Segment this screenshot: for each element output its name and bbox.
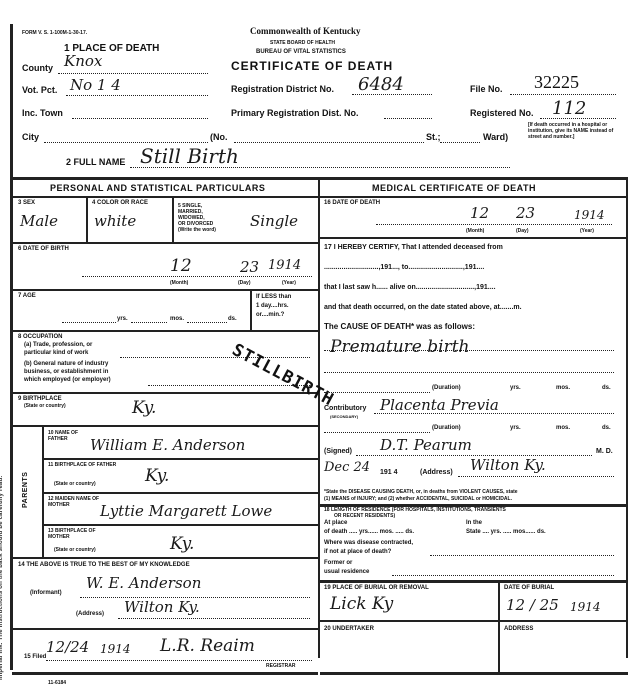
filed-label: 15 Filed xyxy=(24,654,46,660)
parents-label: PARENTS xyxy=(22,472,29,508)
county-label: County xyxy=(22,63,53,73)
duration-label-2: (Duration) xyxy=(432,425,461,431)
burial-value: Lick Ky xyxy=(330,594,393,614)
less-than-line: If LESS than xyxy=(256,293,291,302)
where-contracted: Where was disease contracted, xyxy=(324,540,413,546)
filed-date: 12/24 xyxy=(46,638,89,656)
rule xyxy=(12,425,318,427)
in-the-label: In the xyxy=(466,520,482,526)
informant-address-label: (Address) xyxy=(76,611,104,617)
certify-line-3: that I last saw h...... alive on........… xyxy=(324,284,496,291)
file-no-line xyxy=(510,94,616,95)
true-statement: 14 THE ABOVE IS TRUE TO THE BEST OF MY K… xyxy=(18,562,190,568)
date-burial-label: DATE OF BURIAL xyxy=(504,585,554,591)
race-label: 4 COLOR OR RACE xyxy=(92,200,148,206)
st-label: St.; xyxy=(426,132,441,142)
age-ds-label: ds. xyxy=(228,316,237,322)
header-rule xyxy=(12,177,628,180)
form-code: FORM V. S. 1-100M-1-30-17. xyxy=(22,30,87,36)
duration-mos: mos. xyxy=(556,385,570,391)
duration-line-2 xyxy=(324,432,430,433)
informant-value: W. E. Anderson xyxy=(86,574,201,592)
marital-label-line: (Write the word) xyxy=(178,227,216,233)
informant-label: (Informant) xyxy=(30,590,62,596)
rule xyxy=(43,492,318,494)
burial-label: 19 PLACE OF BURIAL OR REMOVAL xyxy=(324,585,429,591)
occupation-b: (b) General nature of industry xyxy=(24,361,108,367)
rule xyxy=(12,392,318,394)
footnote-2: (1) MEANS of INJURY; and (2) whether ACC… xyxy=(324,496,512,502)
birthplace-sub: (State or country) xyxy=(24,403,66,409)
at-place-label: At place xyxy=(324,520,347,526)
occupation-a2: particular kind of work xyxy=(24,350,88,356)
rule xyxy=(12,289,318,291)
duration-yrs: yrs. xyxy=(510,385,521,391)
signed-date: Dec 24 xyxy=(324,460,370,475)
day-caption: (Day) xyxy=(238,280,251,286)
bureau-title: BUREAU OF VITAL STATISTICS xyxy=(256,49,346,55)
father-birthplace-label: 11 BIRTHPLACE OF FATHER xyxy=(48,462,118,468)
rule xyxy=(12,557,318,559)
certify-line-2: ............................,191..., to.… xyxy=(324,264,484,271)
usual-residence-label: usual residence xyxy=(324,569,369,575)
less-than-line: or....min.? xyxy=(256,311,291,320)
city-label: City xyxy=(22,132,39,142)
age-mos-label: mos. xyxy=(170,316,184,322)
age-yrs-label: yrs. xyxy=(117,316,128,322)
center-divider xyxy=(318,178,320,658)
city-line xyxy=(44,142,208,143)
rule xyxy=(43,458,318,460)
certify-line-4: and that death occurred, on the date sta… xyxy=(324,304,522,311)
registrar-signature: L.R. Reaim xyxy=(160,636,255,656)
residence-label-2: OR RECENT RESIDENTS) xyxy=(334,513,395,519)
duration-ds: ds. xyxy=(602,385,611,391)
sex-value: Male xyxy=(20,212,58,230)
less-than-day: If LESS than 1 day....hrs. or....min.? xyxy=(256,293,291,320)
duration-line xyxy=(324,392,430,393)
occupation-a: (a) Trade, profession, or xyxy=(24,342,92,348)
footnote-1: *State the DISEASE CAUSING DEATH, or, in… xyxy=(324,489,518,495)
full-name-label: 2 FULL NAME xyxy=(66,157,125,167)
vot-pct-value: No 1 4 xyxy=(70,76,121,94)
birthplace-value: Ky. xyxy=(132,398,156,418)
date-burial-value: 12 / 25 xyxy=(506,596,559,614)
mother-birthplace-label: 13 BIRTHPLACE OF MOTHER xyxy=(48,528,118,540)
dod-line xyxy=(376,224,612,225)
rule xyxy=(320,196,628,198)
registration-district-label: Registration District No. xyxy=(231,84,334,94)
rule xyxy=(320,672,628,675)
signed-value: D.T. Pearum xyxy=(380,436,472,454)
marital-label: 5 SINGLE, MARRIED, WIDOWED, OR DIVORCED … xyxy=(178,203,216,233)
informant-address-line xyxy=(118,618,310,619)
inc-town-line xyxy=(72,118,208,119)
contributory-value: Placenta Previa xyxy=(380,396,499,414)
rule xyxy=(12,628,318,630)
md-label: M. D. xyxy=(596,448,613,455)
duration-yrs-2: yrs. xyxy=(510,425,521,431)
ward-line xyxy=(440,142,480,143)
duration-label: (Duration) xyxy=(432,385,461,391)
registered-no-label: Registered No. xyxy=(470,108,534,118)
street-line xyxy=(234,142,424,143)
filed-line xyxy=(46,660,312,661)
primary-registration-line xyxy=(384,118,432,119)
county-value: Knox xyxy=(64,52,102,70)
undertaker-label: 20 UNDERTAKER xyxy=(324,626,374,632)
dod-year-caption: (Year) xyxy=(580,228,594,234)
race-value: white xyxy=(94,212,136,230)
signed-year: 191 4 xyxy=(380,469,398,476)
cause-value: Premature birth xyxy=(330,337,469,357)
county-line xyxy=(58,73,208,74)
dob-day: 23 xyxy=(240,258,259,276)
age-yrs-line xyxy=(62,322,116,323)
personal-section-title: PERSONAL AND STATISTICAL PARTICULARS xyxy=(50,183,265,193)
bottom-form-code: 11-6184 xyxy=(48,680,66,686)
mother-birthplace-sub: (State or country) xyxy=(54,547,96,553)
contributory-label: Contributory xyxy=(324,405,366,412)
date-burial-year: 1914 xyxy=(570,600,601,614)
sig-address-line xyxy=(458,476,614,477)
if-not-place: if not at place of death? xyxy=(324,549,391,555)
of-death-line: of death ..... yrs...... mos. ..... ds. xyxy=(324,529,414,535)
sex-label: 3 SEX xyxy=(18,200,35,206)
dod-label: 16 DATE OF DEATH xyxy=(324,200,380,206)
inc-town-label: Inc. Town xyxy=(22,108,63,118)
registered-no-value: 112 xyxy=(552,98,586,119)
signed-label: (Signed) xyxy=(324,448,352,455)
marital-value: Single xyxy=(250,212,298,230)
cause-label: The CAUSE OF DEATH* was as follows: xyxy=(324,322,475,331)
medical-section-title: MEDICAL CERTIFICATE OF DEATH xyxy=(372,183,536,193)
rule xyxy=(320,580,628,583)
rule xyxy=(12,196,318,198)
rule xyxy=(86,197,88,242)
state-line: State .... yrs. ..... mos...... ds. xyxy=(466,529,546,535)
dod-day: 23 xyxy=(516,204,535,222)
primary-registration-label: Primary Registration Dist. No. xyxy=(231,108,359,118)
rule xyxy=(320,237,628,239)
side-margin-text: Imperial Ink. The instructions on the ba… xyxy=(0,360,12,680)
less-than-line: 1 day....hrs. xyxy=(256,302,291,311)
rule xyxy=(498,582,500,672)
rule xyxy=(250,290,252,330)
occupation-b3: which employed (or employer) xyxy=(24,377,111,383)
birthplace-label: 9 BIRTHPLACE xyxy=(18,396,62,402)
hospital-note: [If death occurred in a hospital or inst… xyxy=(528,122,620,140)
occupation-b2: business, or establishment in xyxy=(24,369,108,375)
month-caption: (Month) xyxy=(170,280,188,286)
contracted-line xyxy=(430,555,614,556)
informant-address-value: Wilton Ky. xyxy=(124,598,200,616)
file-no-value: 32225 xyxy=(534,72,579,93)
occupation-a-line xyxy=(120,357,310,358)
full-name-value: Still Birth xyxy=(140,144,239,168)
ward-label: Ward) xyxy=(483,132,508,142)
father-birthplace-value: Ky. xyxy=(145,466,169,486)
occupation-label: 8 OCCUPATION xyxy=(18,334,62,340)
dob-line xyxy=(82,276,312,277)
vot-pct-label: Vot. Pct. xyxy=(22,85,57,95)
rule xyxy=(320,620,628,622)
registration-district-value: 6484 xyxy=(358,74,404,95)
mother-maiden-value: Lyttie Margarett Lowe xyxy=(100,502,272,520)
certify-line-1: 17 I HEREBY CERTIFY, That I attended dec… xyxy=(324,244,503,251)
year-caption: (Year) xyxy=(282,280,296,286)
usual-residence-line xyxy=(392,575,614,576)
dod-month: 12 xyxy=(470,204,489,222)
age-ds-line xyxy=(187,322,227,323)
dod-day-caption: (Day) xyxy=(516,228,529,234)
stillbirth-stamp: STILLBIRTH xyxy=(229,340,338,410)
rule xyxy=(43,524,318,526)
contributory-sub: (SECONDARY) xyxy=(330,414,358,419)
father-birthplace-sub: (State or country) xyxy=(54,481,96,487)
file-no-label: File No. xyxy=(470,84,503,94)
dod-year: 1914 xyxy=(574,208,605,222)
rule xyxy=(12,672,318,675)
vot-pct-line xyxy=(66,95,208,96)
rule xyxy=(12,330,318,332)
father-name-value: William E. Anderson xyxy=(90,436,245,454)
age-label: 7 AGE xyxy=(18,293,36,299)
dob-label: 6 DATE OF BIRTH xyxy=(18,246,69,252)
no-label: (No. xyxy=(210,132,228,142)
commonwealth-title: Commonwealth of Kentucky xyxy=(250,26,361,36)
duration-ds-2: ds. xyxy=(602,425,611,431)
undertaker-address-label: ADDRESS xyxy=(504,626,533,632)
cause-line-2 xyxy=(324,372,614,373)
rule xyxy=(12,242,318,244)
right-border xyxy=(626,178,628,658)
registrar-label: REGISTRAR xyxy=(266,663,295,669)
dod-month-caption: (Month) xyxy=(466,228,484,234)
certificate-title: CERTIFICATE OF DEATH xyxy=(231,59,393,73)
board-title: STATE BOARD OF HEALTH xyxy=(270,40,335,46)
sig-address-value: Wilton Ky. xyxy=(470,456,546,474)
mother-birthplace-value: Ky. xyxy=(170,534,194,554)
rule xyxy=(172,197,174,242)
age-mos-line xyxy=(131,322,167,323)
former-label: Former or xyxy=(324,560,352,566)
sig-address-label: (Address) xyxy=(420,469,453,476)
dob-year: 1914 xyxy=(268,258,301,273)
filed-year: 1914 xyxy=(100,642,131,656)
duration-mos-2: mos. xyxy=(556,425,570,431)
dob-month: 12 xyxy=(170,256,192,276)
